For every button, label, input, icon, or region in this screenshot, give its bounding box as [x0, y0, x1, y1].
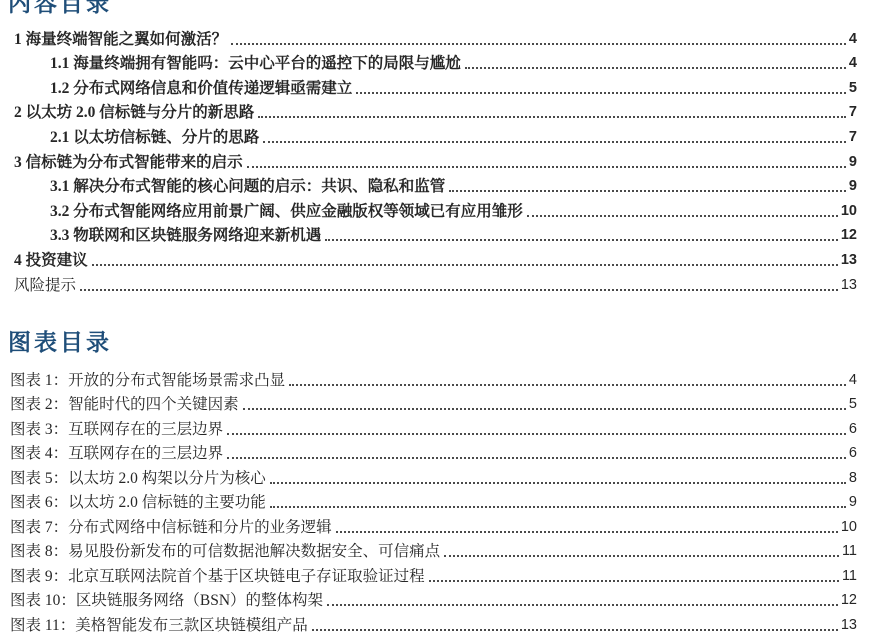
leader-dots — [270, 482, 846, 484]
leader-dots — [258, 116, 846, 118]
leader-dots — [227, 433, 846, 435]
toc-entry[interactable]: 1.1 海量终端拥有智能吗：云中心平台的遥控下的局限与尴尬 4 — [14, 51, 857, 76]
leader-dots — [227, 457, 846, 459]
leader-dots — [429, 580, 839, 582]
figure-entry[interactable]: 图表 6：以太坊 2.0 信标链的主要功能 9 — [10, 490, 857, 515]
figure-entry-label: 图表 5：以太坊 2.0 构架以分片为核心 — [10, 468, 266, 490]
contents-section-title: 内容目录 — [8, 0, 112, 18]
leader-dots — [231, 43, 846, 45]
toc-entry-page: 9 — [849, 176, 857, 198]
figure-entry-label: 图表 7：分布式网络中信标链和分片的业务逻辑 — [10, 517, 332, 539]
toc-entry[interactable]: 2.1 以太坊信标链、分片的思路 7 — [14, 124, 857, 149]
toc-entry-label: 1 海量终端智能之翼如何激活？ — [14, 29, 227, 51]
toc-entry[interactable]: 1.2 分布式网络信息和价值传递逻辑亟需建立 5 — [14, 75, 857, 100]
leader-dots — [270, 506, 846, 508]
figure-entry-page: 11 — [842, 541, 857, 563]
figures-section-title: 图表目录 — [8, 324, 112, 357]
toc-entry[interactable]: 2 以太坊 2.0 信标链与分片的新思路 7 — [14, 100, 857, 125]
figure-entry-label: 图表 4：互联网存在的三层边界 — [10, 443, 223, 465]
toc-entry-page: 13 — [841, 250, 857, 272]
leader-dots — [356, 92, 846, 94]
figure-entry[interactable]: 图表 11：美格智能发布三款区块链模组产品 13 — [10, 612, 857, 637]
leader-dots — [325, 239, 838, 241]
toc-entry-label: 1.1 海量终端拥有智能吗：云中心平台的遥控下的局限与尴尬 — [14, 53, 461, 75]
leader-dots — [312, 629, 838, 631]
figure-entry-page: 11 — [842, 566, 857, 588]
toc-entry-page: 4 — [849, 29, 857, 51]
figure-entry-page: 13 — [841, 615, 857, 637]
toc-entry-page: 13 — [841, 275, 857, 297]
toc-entry[interactable]: 风险提示 13 — [14, 272, 857, 297]
figure-entry-page: 9 — [849, 492, 857, 514]
toc-entry-label: 3 信标链为分布式智能带来的启示 — [14, 152, 243, 174]
toc-entry-label: 3.2 分布式智能网络应用前景广阔、供应金融版权等领域已有应用雏形 — [14, 201, 523, 223]
figure-entry-label: 图表 6：以太坊 2.0 信标链的主要功能 — [10, 492, 266, 514]
figure-entry[interactable]: 图表 3：互联网存在的三层边界 6 — [10, 416, 857, 441]
leader-dots — [247, 166, 846, 168]
leader-dots — [444, 555, 839, 557]
toc-entry-page: 5 — [849, 78, 857, 100]
table-of-contents: 1 海量终端智能之翼如何激活？ 4 1.1 海量终端拥有智能吗：云中心平台的遥控… — [14, 26, 857, 297]
toc-entry[interactable]: 3.3 物联网和区块链服务网络迎来新机遇 12 — [14, 223, 857, 248]
toc-entry-label: 2.1 以太坊信标链、分片的思路 — [14, 127, 259, 149]
toc-entry-page: 7 — [849, 127, 857, 149]
toc-entry-label: 1.2 分布式网络信息和价值传递逻辑亟需建立 — [14, 78, 352, 100]
figure-entry[interactable]: 图表 7：分布式网络中信标链和分片的业务逻辑 10 — [10, 514, 857, 539]
leader-dots — [449, 190, 846, 192]
figure-entry-page: 10 — [841, 517, 857, 539]
figure-entry-page: 6 — [849, 443, 857, 465]
figure-entry-label: 图表 8：易见股份新发布的可信数据池解决数据安全、可信痛点 — [10, 541, 440, 563]
toc-entry-page: 7 — [849, 102, 857, 124]
leader-dots — [527, 215, 838, 217]
toc-entry-label: 4 投资建议 — [14, 250, 88, 272]
leader-dots — [465, 67, 846, 69]
figure-entry[interactable]: 图表 8：易见股份新发布的可信数据池解决数据安全、可信痛点 11 — [10, 539, 857, 564]
toc-entry[interactable]: 3.1 解决分布式智能的核心问题的启示：共识、隐私和监管 9 — [14, 174, 857, 199]
leader-dots — [336, 531, 838, 533]
figure-entry-label: 图表 1：开放的分布式智能场景需求凸显 — [10, 370, 285, 392]
figures-table-of-contents: 图表 1：开放的分布式智能场景需求凸显 4 图表 2：智能时代的四个关键因素 5… — [10, 367, 857, 637]
leader-dots — [327, 604, 838, 606]
figure-entry[interactable]: 图表 2：智能时代的四个关键因素 5 — [10, 392, 857, 417]
figure-entry-page: 12 — [841, 590, 857, 612]
toc-entry-label: 3.1 解决分布式智能的核心问题的启示：共识、隐私和监管 — [14, 176, 445, 198]
toc-entry-label: 风险提示 — [14, 275, 76, 297]
leader-dots — [289, 384, 846, 386]
toc-entry[interactable]: 1 海量终端智能之翼如何激活？ 4 — [14, 26, 857, 51]
toc-entry-page: 12 — [841, 225, 857, 247]
leader-dots — [92, 264, 838, 266]
figure-entry-label: 图表 11：美格智能发布三款区块链模组产品 — [10, 615, 308, 637]
toc-entry-page: 4 — [849, 53, 857, 75]
figure-entry-label: 图表 3：互联网存在的三层边界 — [10, 419, 223, 441]
toc-entry-label: 3.3 物联网和区块链服务网络迎来新机遇 — [14, 225, 321, 247]
toc-entry[interactable]: 3.2 分布式智能网络应用前景广阔、供应金融版权等领域已有应用雏形 10 — [14, 198, 857, 223]
figure-entry-page: 6 — [849, 419, 857, 441]
toc-entry-page: 9 — [849, 152, 857, 174]
toc-entry[interactable]: 4 投资建议 13 — [14, 247, 857, 272]
leader-dots — [80, 289, 838, 291]
figure-entry[interactable]: 图表 10：区块链服务网络（BSN）的整体构架 12 — [10, 588, 857, 613]
figure-entry-label: 图表 2：智能时代的四个关键因素 — [10, 394, 239, 416]
toc-entry-page: 10 — [841, 201, 857, 223]
figure-entry[interactable]: 图表 5：以太坊 2.0 构架以分片为核心 8 — [10, 465, 857, 490]
figure-entry-page: 5 — [849, 394, 857, 416]
figure-entry[interactable]: 图表 9：北京互联网法院首个基于区块链电子存证取验证过程 11 — [10, 563, 857, 588]
leader-dots — [243, 408, 846, 410]
document-page: 内容目录 1 海量终端智能之翼如何激活？ 4 1.1 海量终端拥有智能吗：云中心… — [0, 0, 885, 637]
figure-entry[interactable]: 图表 1：开放的分布式智能场景需求凸显 4 — [10, 367, 857, 392]
toc-entry-label: 2 以太坊 2.0 信标链与分片的新思路 — [14, 102, 254, 124]
figure-entry-page: 8 — [849, 468, 857, 490]
figure-entry-label: 图表 10：区块链服务网络（BSN）的整体构架 — [10, 590, 323, 612]
figure-entry-label: 图表 9：北京互联网法院首个基于区块链电子存证取验证过程 — [10, 566, 425, 588]
leader-dots — [263, 141, 846, 143]
figure-entry-page: 4 — [849, 370, 857, 392]
toc-entry[interactable]: 3 信标链为分布式智能带来的启示 9 — [14, 149, 857, 174]
figure-entry[interactable]: 图表 4：互联网存在的三层边界 6 — [10, 441, 857, 466]
